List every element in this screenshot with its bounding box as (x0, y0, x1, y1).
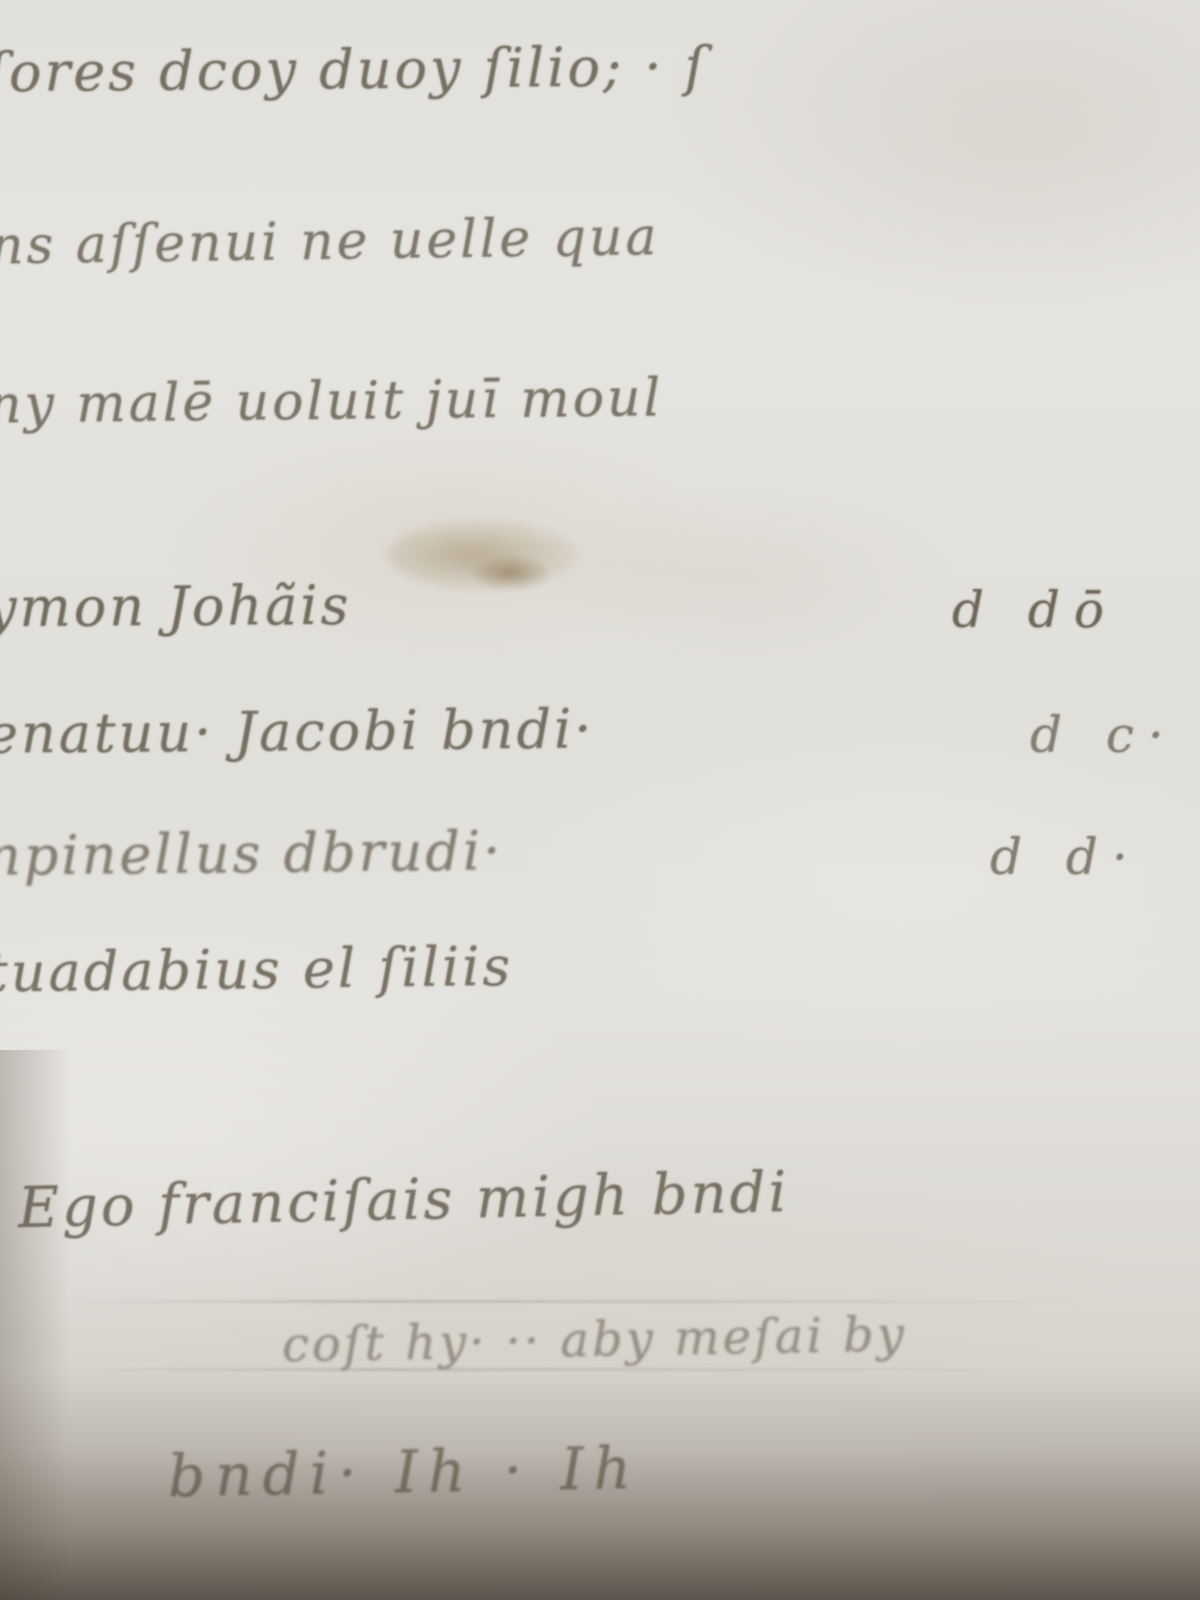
ledger-entry-row: enatuu· Jacobi bndi· d c· (0, 700, 1200, 810)
parchment-crease (0, 1300, 1200, 1303)
ledger-entry-row: npinellus dbrudi· d d· (0, 822, 1200, 932)
entry-amount: d c· (1030, 706, 1178, 764)
manuscript-line-1: ſores dcoy duoy ſilio; · ſ (0, 35, 708, 104)
entry-name: ymon Johãis (0, 574, 351, 640)
manuscript-line-2: ns aſſenui ne uelle qua (0, 207, 660, 276)
entry-name: tuadabius el ſiliis (0, 935, 513, 1004)
manuscript-line-ego: Ego franciſais migh bndi (17, 1160, 790, 1241)
manuscript-line-3: ny malē uoluit juī moul (0, 368, 663, 435)
manuscript-line-faded: coſt hy· ·· aby meſai by (282, 1307, 908, 1374)
entry-amount: d d· (990, 828, 1142, 886)
ledger-entry-row: ymon Johãis d dō (0, 575, 1200, 685)
entry-amount: d dō (952, 581, 1118, 639)
manuscript-photo: ſores dcoy duoy ſilio; · ſ ns aſſenui ne… (0, 0, 1200, 1600)
page-edge-shadow-left (0, 1050, 70, 1600)
parchment-crease (0, 1368, 1200, 1371)
ledger-entry-row: tuadabius el ſiliis (0, 938, 1200, 1048)
entry-name: npinellus dbrudi· (0, 819, 504, 887)
entry-name: enatuu· Jacobi bndi· (0, 697, 595, 765)
manuscript-line-bottom: bndi· Ih · Ih (167, 1434, 641, 1510)
